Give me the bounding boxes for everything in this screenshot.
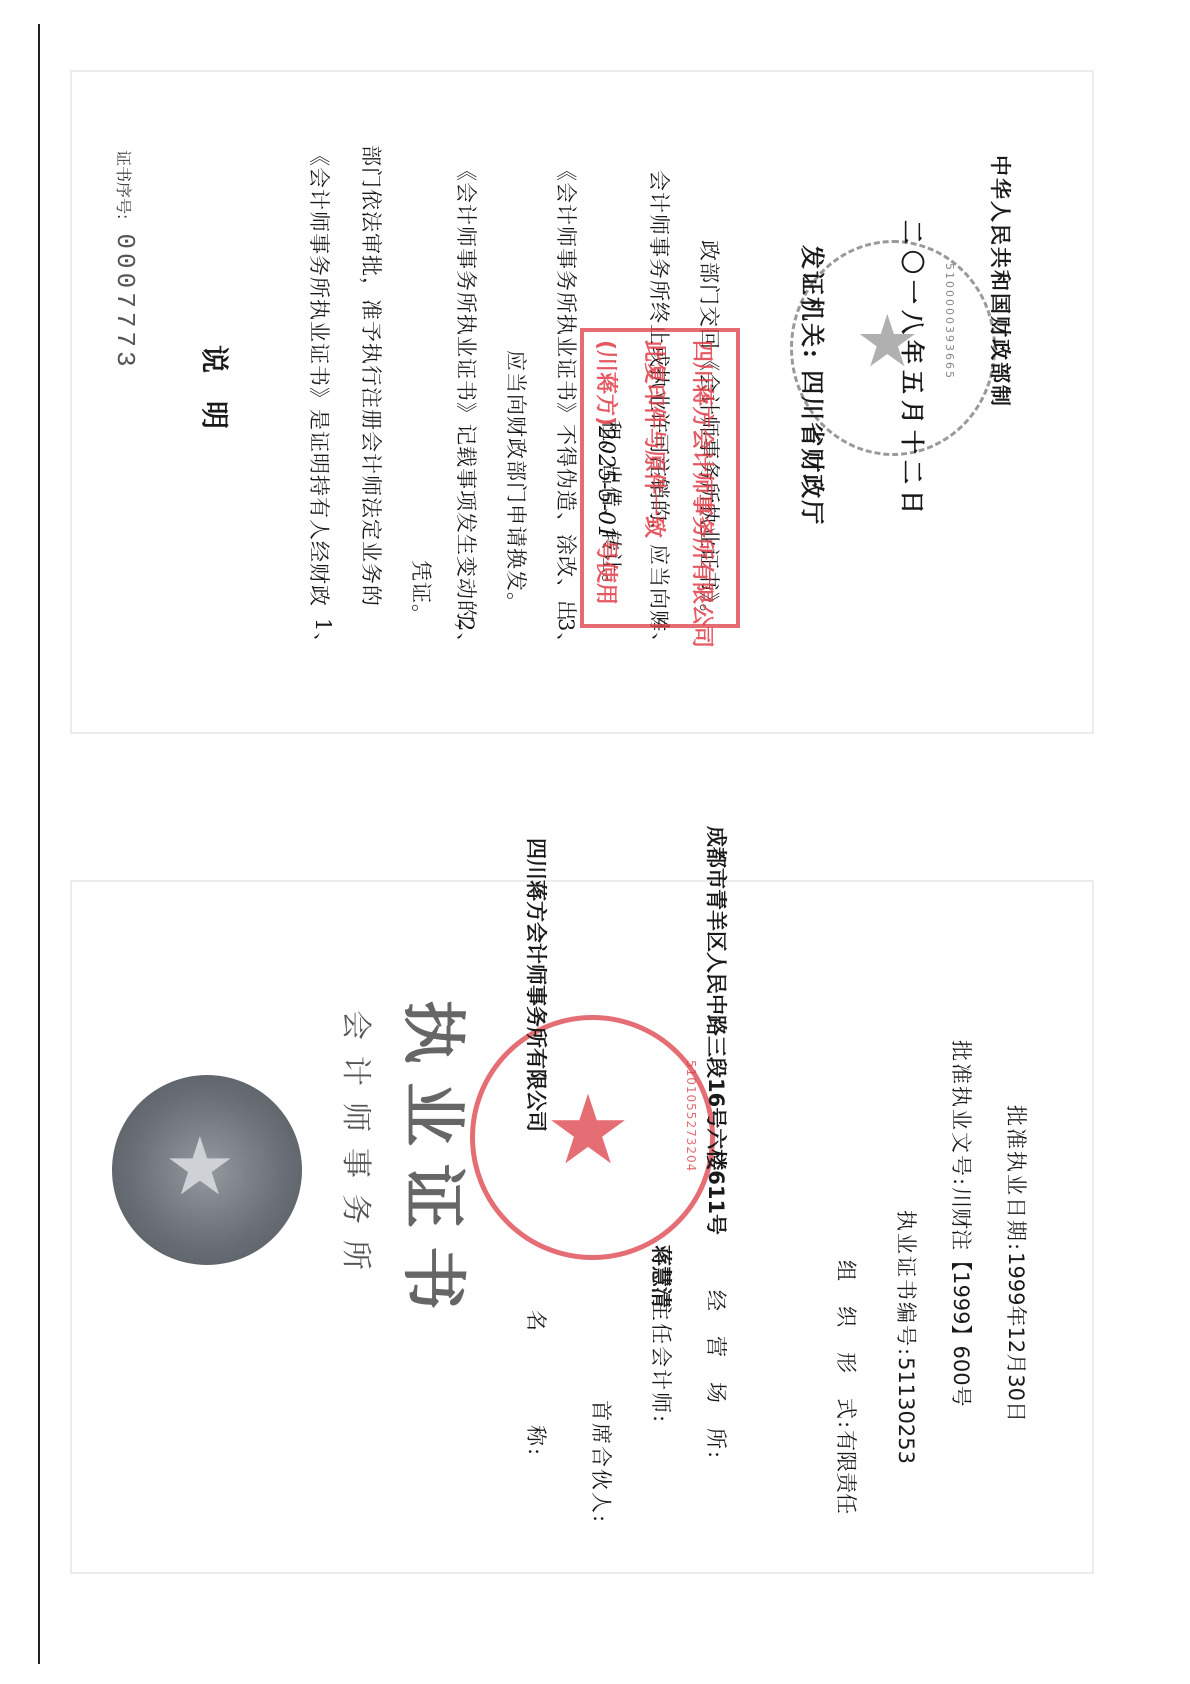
field-chief-partner-label: 首席合伙人: <box>590 1400 611 1524</box>
field-license-number: 执业证书编号:51130253 <box>895 1210 916 1464</box>
field-approval-document: 批准执业文号:川财注【1999】600号 <box>950 1040 971 1407</box>
seal-code: 5101055273204 <box>684 1060 698 1172</box>
item-2-line-1: 《会计师事务所执业证书》记载事项发生变动的， <box>455 160 476 644</box>
field-organization-form: 组 织 形 式:有限责任 <box>835 1260 856 1514</box>
field-approval-date: 批准执业日期:1999年12月30日 <box>1005 1105 1026 1422</box>
item-1-line-1: 《会计师事务所执业证书》是证明持有人经财政 <box>308 145 329 607</box>
serial-label: 证书序号: <box>114 150 133 219</box>
national-emblem-icon <box>112 1075 302 1265</box>
item-3-number: 3、 <box>555 618 576 654</box>
item-1-number: 1、 <box>312 618 333 654</box>
certificate-title: 执业证书 <box>400 1000 464 1328</box>
serial-number: 证书序号: 0007773 <box>112 150 138 371</box>
serial-value: 0007773 <box>110 233 140 370</box>
item-3-line-1: 《会计师事务所执业证书》不得伪造、涂改、出 <box>555 160 576 622</box>
company-seal: ★ 5101055273204 <box>470 1015 715 1260</box>
stamp-line-copy: 此复印件与原件一致 <box>640 340 671 538</box>
scanned-certificate: 证书序号: 0007773 说明 《会计师事务所执业证书》是证明持有人经财政 1… <box>0 0 1190 1684</box>
field-name-label: 名 称: <box>525 1310 546 1457</box>
seal-code: 5100000393665 <box>943 263 956 380</box>
item-1-line-3: 凭证。 <box>410 560 431 626</box>
field-chief-accountant: 蒋慧清 <box>650 1245 671 1308</box>
item-1-line-2: 部门依法审批，准予执行注册会计师法定业务的 <box>360 145 381 607</box>
field-name: 四川蒋方会计师事务所有限公司 <box>525 838 546 1132</box>
star-icon: ★ <box>545 1082 631 1178</box>
field-business-address: 成都市青羊区人民中路三段16号六楼611号 <box>705 826 726 1235</box>
issue-date: 二〇一八年五月十二日 <box>900 220 924 520</box>
stamp-line-company: 四川蒋方会计师事务所有限公司 <box>688 340 719 648</box>
field-chief-accountant-label: 主任会计师: <box>650 1300 671 1424</box>
page-edge-line <box>38 24 40 1664</box>
certificate-subtitle: 会计师事务所 <box>340 1010 370 1286</box>
item-2-number: 2、 <box>455 618 476 654</box>
notes-title: 说明 <box>200 345 228 457</box>
stamp-line-usage: (川蒋方)2025-5-01号使用 <box>592 340 623 605</box>
copy-verification-stamp: 四川蒋方会计师事务所有限公司 此复印件与原件一致 (川蒋方)2025-5-01号… <box>580 328 740 628</box>
field-business-address-label: 经 营 场 所: <box>705 1290 726 1460</box>
footer-issuer: 中华人民共和国财政部制 <box>990 155 1011 408</box>
issuer: 发证机关: 四川省财政厅 <box>800 245 824 526</box>
item-2-line-2: 应当向财政部门申请换发。 <box>505 350 526 614</box>
